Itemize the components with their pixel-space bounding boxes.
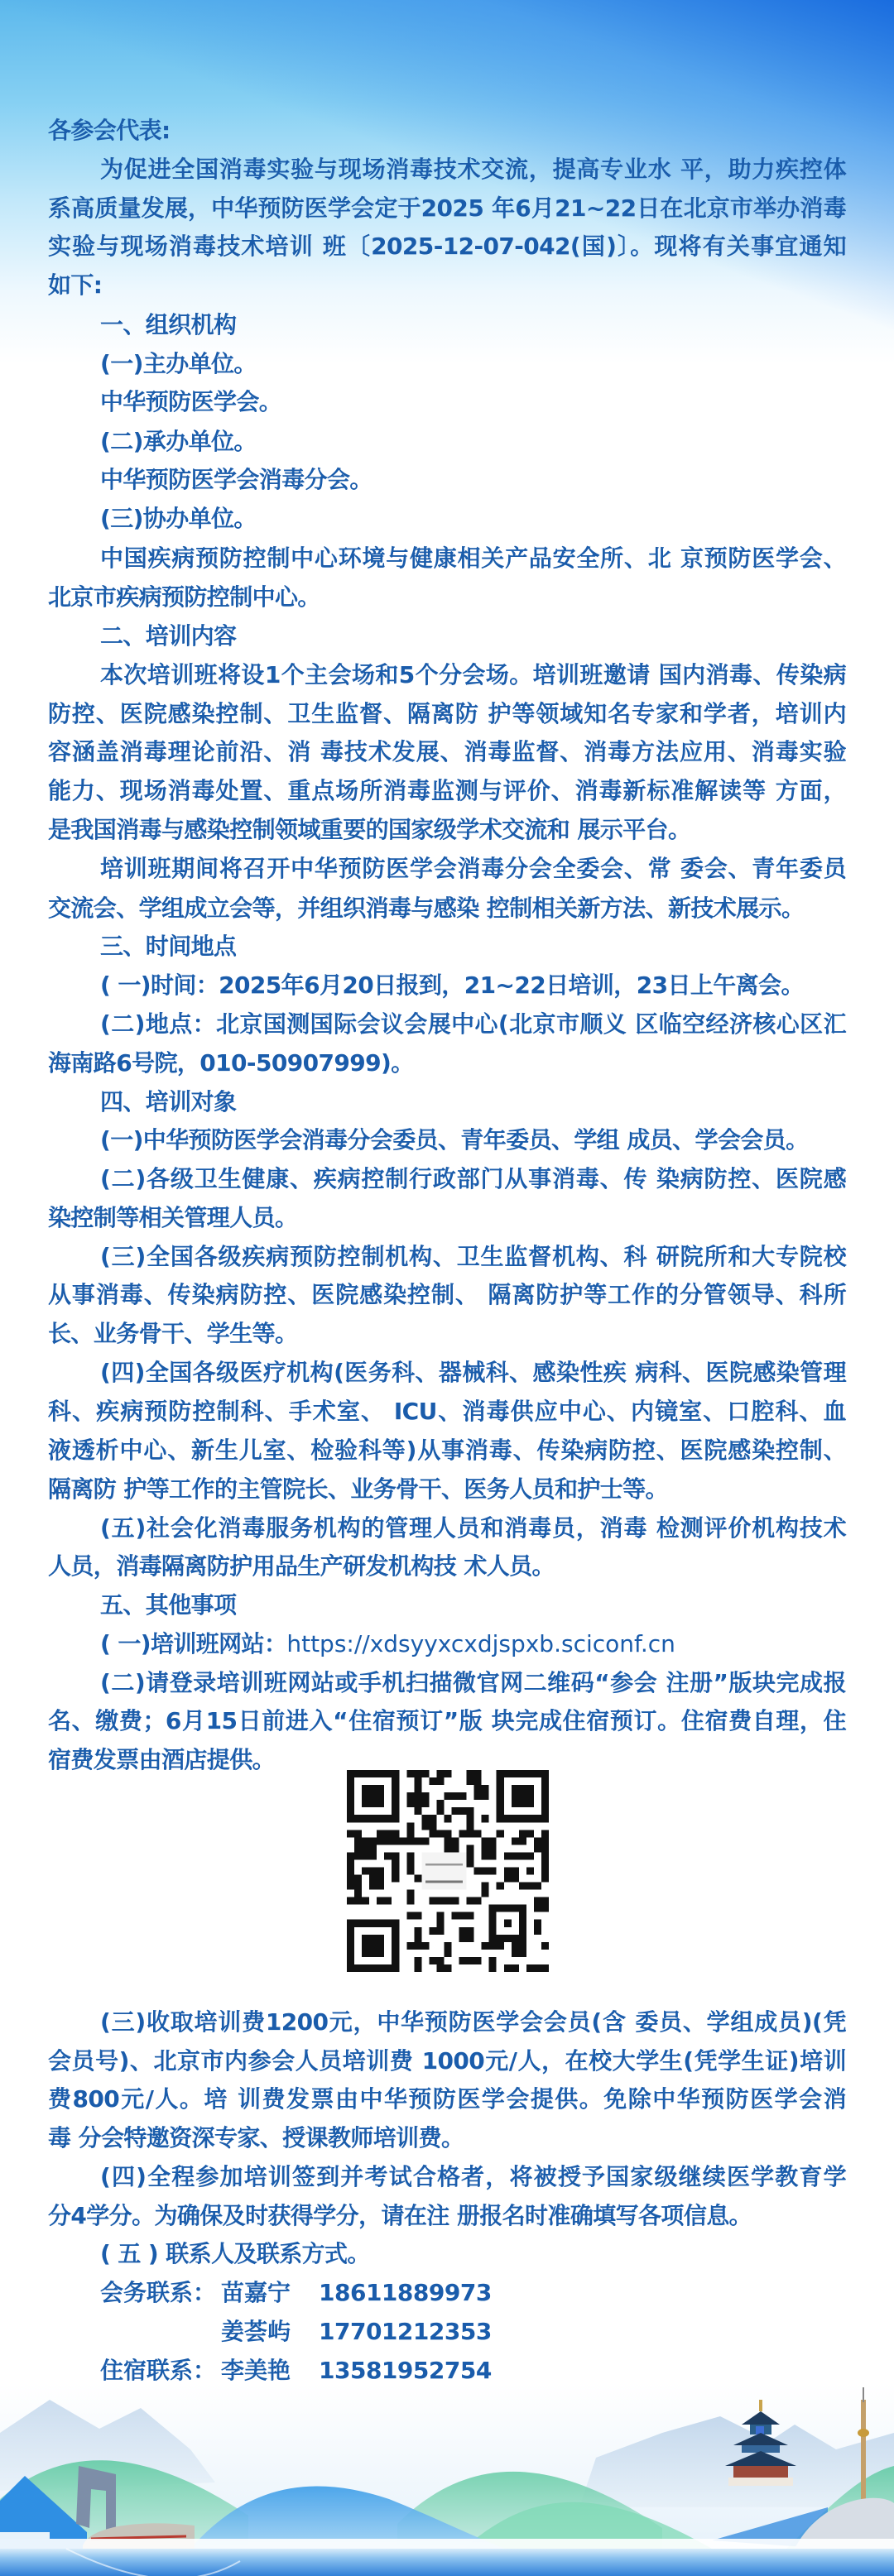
audience-item: 隔离防 护等工作的主管院长、业务骨干、医务人员和护士等。: [48, 1473, 668, 1506]
website-label: ( 一)培训班网站：: [100, 1630, 286, 1657]
contact-heading: ( 五 ) 联系人及联系方式。: [100, 2238, 370, 2271]
contact-row-meeting-2: 姜荟屿17701212353: [100, 2315, 492, 2348]
fee-line: (三)收取培训费1200元，中华预防医学会会员(含 委员、学组成员)(凭: [100, 2006, 846, 2039]
qr-code-icon[interactable]: [339, 1763, 556, 1979]
contact-phone[interactable]: 18611889973: [319, 2276, 492, 2310]
intro-line: 实验与现场消毒技术培训 班〔2025-12-07-042(国)〕。现将有关事宜通…: [48, 230, 846, 263]
content-line: 防控、医院感染控制、卫生监督、隔离防 护等领域知名专家和学者，培训内: [48, 698, 846, 731]
audience-item: (四)全国各级医疗机构(医务科、器械科、感染性疾 病科、医院感染管理: [100, 1356, 846, 1389]
section-heading-other: 五、其他事项: [100, 1589, 236, 1622]
audience-item: 长、业务骨干、学生等。: [48, 1317, 297, 1350]
contact-phone[interactable]: 17701212353: [319, 2315, 492, 2348]
fee-line: 会员号)、北京市内参会人员培训费 1000元/人，在校大学生(凭学生证)培训: [48, 2045, 846, 2078]
contact-phone[interactable]: 13581952754: [319, 2354, 492, 2387]
audience-item: 科、疾病预防控制科、手术室、 ICU、消毒供应中心、内镜室、口腔科、血: [48, 1395, 846, 1428]
audience-item: 从事消毒、传染病防控、医院感染控制、 隔离防护等工作的分管领导、科所: [48, 1278, 846, 1312]
audience-item: (二)各级卫生健康、疾病控制行政部门从事消毒、传 染病防控、医院感: [100, 1163, 846, 1196]
contact-label: 住宿联系：: [100, 2354, 221, 2387]
credit-line: 分4学分。为确保及时获得学分，请在注 册报名时准确填写各项信息。: [48, 2199, 752, 2233]
organizer-label: (二)承办单位。: [100, 425, 257, 458]
audience-item: 人员，消毒隔离防护用品生产研发机构技 术人员。: [48, 1550, 555, 1583]
contact-name: 姜荟屿: [221, 2315, 319, 2348]
register-line: (二)请登录培训班网站或手机扫描微官网二维码“参会 注册”版块完成报: [100, 1667, 846, 1700]
host-label: (一)主办单位。: [100, 348, 257, 381]
website-link[interactable]: https://xdsyyxcxdjspxb.sciconf.cn: [286, 1630, 675, 1657]
content-line: 容涵盖消毒理论前沿、消 毒技术发展、消毒监督、消毒方法应用、消毒实验: [48, 736, 846, 769]
contact-row-meeting: 会务联系：苗嘉宁18611889973: [100, 2276, 492, 2310]
salutation: 各参会代表:: [48, 114, 171, 147]
co-organizer-line: 北京市疾病预防控制中心。: [48, 581, 320, 614]
intro-line: 系高质量发展，中华预防医学会定于2025 年6月21~22日在北京市举办消毒: [48, 192, 846, 225]
audience-item: (一)中华预防医学会消毒分会委员、青年委员、学组 成员、学会会员。: [100, 1124, 809, 1157]
co-organizer-line: 中国疾病预防控制中心环境与健康相关产品安全所、北 京预防医学会、: [100, 542, 846, 575]
credit-line: (四)全程参加培训签到并考试合格者，将被授予国家级继续医学教育学: [100, 2161, 846, 2194]
contact-row-lodging: 住宿联系：李美艳13581952754: [100, 2354, 492, 2387]
fee-line: 毒 分会特邀资深专家、授课教师培训费。: [48, 2122, 464, 2155]
intro-line: 为促进全国消毒实验与现场消毒技术交流，提高专业水 平，助力疾控体: [100, 153, 846, 186]
contact-name: 苗嘉宁: [221, 2276, 319, 2310]
content-line: 交流会、学组成立会等，并组织消毒与感染 控制相关新方法、新技术展示。: [48, 892, 804, 925]
fee-line: 费800元/人。培 训费发票由中华预防医学会提供。免除中华预防医学会消: [48, 2083, 846, 2116]
content-line: 是我国消毒与感染控制领域重要的国家级学术交流和 展示平台。: [48, 813, 690, 847]
register-line: 宿费发票由酒店提供。: [48, 1744, 275, 1777]
audience-item: 染控制等相关管理人员。: [48, 1202, 297, 1235]
co-organizer-label: (三)协办单位。: [100, 502, 257, 535]
contact-name: 李美艳: [221, 2354, 319, 2387]
time-value: ( 一)时间：2025年6月20日报到，21~22日培训，23日上午离会。: [100, 969, 804, 1002]
content-line: 本次培训班将设1个主会场和5个分会场。培训班邀请 国内消毒、传染病: [100, 659, 846, 692]
intro-line: 如下:: [48, 269, 102, 302]
audience-item: 液透析中心、新生儿室、检验科等)从事消毒、传染病防控、医院感染控制、: [48, 1434, 846, 1467]
section-heading-audience: 四、培训对象: [100, 1086, 236, 1119]
section-heading-content: 二、培训内容: [100, 620, 236, 653]
audience-item: (三)全国各级疾病预防控制机构、卫生监督机构、科 研院所和大专院校: [100, 1240, 846, 1274]
contact-label: 会务联系：: [100, 2276, 221, 2310]
content-line: 培训班期间将召开中华预防医学会消毒分会全委会、常 委会、青年委员: [100, 852, 846, 885]
content-line: 能力、现场消毒处置、重点场所消毒监测与评价、消毒新标准解读等 方面，: [48, 775, 846, 808]
host-value: 中华预防医学会。: [100, 386, 281, 419]
audience-item: (五)社会化消毒服务机构的管理人员和消毒员，消毒 检测评价机构技术: [100, 1512, 846, 1545]
register-line: 名、缴费；6月15日前进入“住宿预订”版 块完成住宿预订。住宿费自理，住: [48, 1705, 846, 1738]
section-heading-time-place: 三、时间地点: [100, 930, 236, 963]
beijing-landmarks-illustration: [0, 2383, 894, 2576]
organizer-value: 中华预防医学会消毒分会。: [100, 463, 372, 496]
section-heading-organization: 一、组织机构: [100, 309, 236, 342]
website-row: ( 一)培训班网站：https://xdsyyxcxdjspxb.sciconf…: [100, 1628, 675, 1661]
place-line: (二)地点：北京国测国际会议会展中心(北京市顺义 区临空经济核心区汇: [100, 1008, 846, 1041]
place-line: 海南路6号院，010-50907999)。: [48, 1047, 414, 1080]
